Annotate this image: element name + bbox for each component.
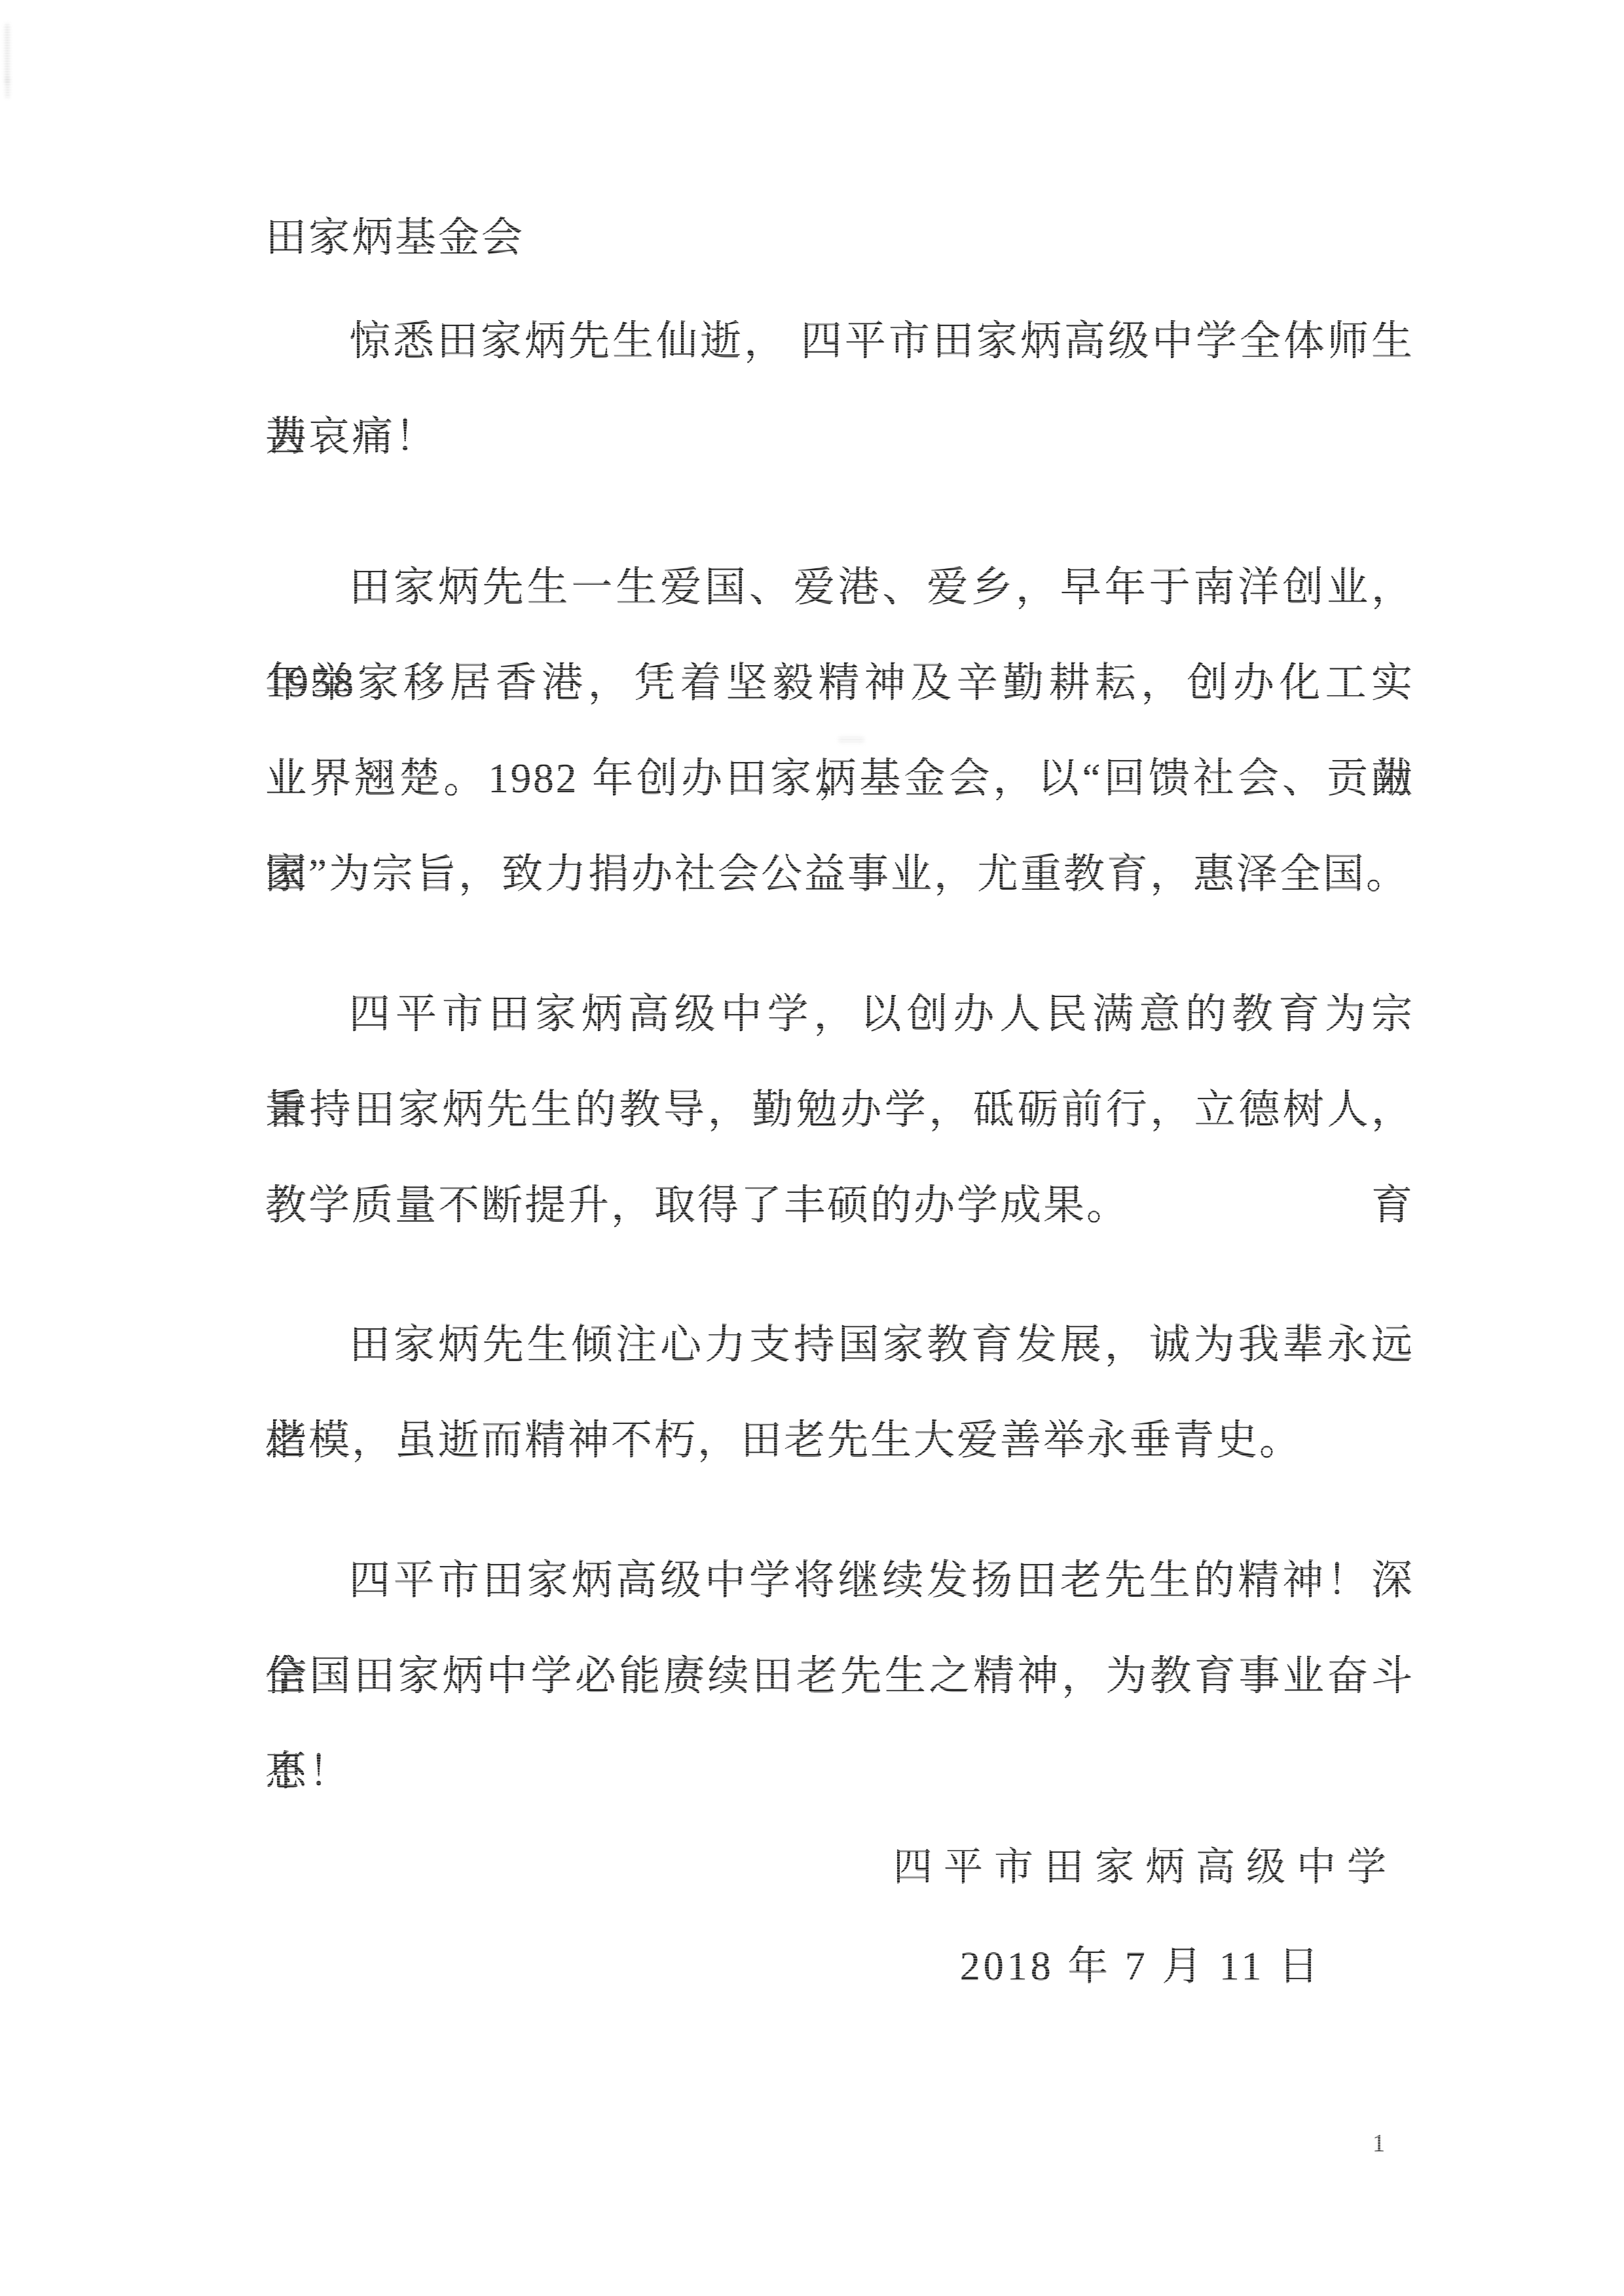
text-line: 秉持田家炳先生的教导，勤勉办学，砥砺前行，立德树人，教育	[265, 1062, 1414, 1157]
paragraph-condolence: 惊悉田家炳先生仙逝， 四平市田家炳高级中学全体师生甚 为哀痛！	[265, 293, 1414, 484]
recipient-line: 田家炳基金会	[265, 190, 1414, 285]
closing-block: 四平市田家炳高级中学 2018 年 7 月 11 日	[265, 1819, 1414, 2014]
date-line: 2018 年 7 月 11 日	[265, 1919, 1414, 2014]
text-line: 业界翘楚。1982 年创办田家炳基金会，以“回馈社会、贡献国	[265, 731, 1414, 826]
text-line: 四平市田家炳高级中学，以创办人民满意的教育为宗旨，	[265, 966, 1414, 1062]
signature: 四平市田家炳高级中学	[265, 1819, 1414, 1915]
text-line: 教学质量不断提升，取得了丰硕的办学成果。	[265, 1157, 1414, 1253]
text-line: 家”为宗旨，致力捐办社会公益事业，尤重教育，惠泽全国。	[265, 826, 1414, 922]
text-line: 全国田家炳中学必能赓续田老先生之精神，为教育事业奋斗不	[265, 1628, 1414, 1724]
text-line: 年举家移居香港，凭着坚毅精神及辛勤耕耘，创办化工实业，为	[265, 635, 1414, 731]
scan-artifact-streak	[5, 24, 9, 84]
page-number: 1	[1373, 2129, 1385, 2158]
paragraph-biography: 田家炳先生一生爱国、爱港、爱乡，早年于南洋创业，1958 年举家移居香港，凭着坚…	[265, 539, 1414, 922]
text-line: 息！	[265, 1724, 1414, 1819]
paragraph-pledge: 四平市田家炳高级中学将继续发扬田老先生的精神！深信 全国田家炳中学必能赓续田老先…	[265, 1533, 1414, 1819]
paragraph-tribute: 田家炳先生倾注心力支持国家教育发展，诚为我辈永远之 楷模，虽逝而精神不朽，田老先…	[265, 1297, 1414, 1488]
text-line: 为哀痛！	[265, 389, 1414, 484]
text-line: 楷模，虽逝而精神不朽，田老先生大爱善举永垂青史。	[265, 1393, 1414, 1488]
text-line: 惊悉田家炳先生仙逝， 四平市田家炳高级中学全体师生甚	[265, 293, 1414, 389]
text-line: 四平市田家炳高级中学将继续发扬田老先生的精神！深信	[265, 1533, 1414, 1628]
scanned-letter-page: 田家炳基金会 惊悉田家炳先生仙逝， 四平市田家炳高级中学全体师生甚 为哀痛！ 田…	[0, 0, 1624, 2296]
letter-body: 田家炳基金会 惊悉田家炳先生仙逝， 四平市田家炳高级中学全体师生甚 为哀痛！ 田…	[265, 190, 1414, 2014]
scan-artifact-streak	[6, 77, 9, 98]
text-line: 田家炳先生一生爱国、爱港、爱乡，早年于南洋创业，1958	[265, 539, 1414, 635]
text-line: 田家炳先生倾注心力支持国家教育发展，诚为我辈永远之	[265, 1297, 1414, 1393]
paragraph-school: 四平市田家炳高级中学，以创办人民满意的教育为宗旨， 秉持田家炳先生的教导，勤勉办…	[265, 966, 1414, 1253]
